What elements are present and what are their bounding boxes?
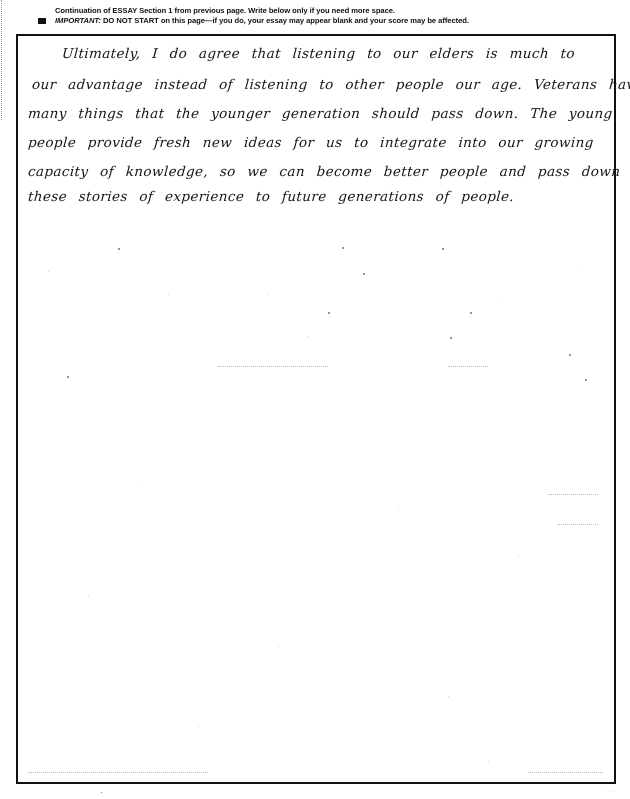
essay-line: Ultimately, I do agree that listening to… [61, 46, 575, 62]
scan-speck [569, 354, 571, 356]
faint-ruling-artifact [218, 366, 328, 367]
scan-speck [168, 294, 169, 295]
scan-speck [328, 312, 330, 314]
scan-speck [278, 646, 279, 647]
faint-ruling-artifact [28, 772, 208, 773]
scan-speck [448, 696, 449, 697]
important-label: IMPORTANT: [55, 16, 101, 25]
faint-ruling-artifact [548, 494, 598, 495]
faint-ruling-artifact [448, 366, 488, 367]
scan-speck [118, 248, 120, 250]
scan-speck [308, 336, 309, 337]
essay-response-box: Ultimately, I do agree that listening to… [16, 34, 616, 784]
scan-speck [442, 248, 444, 250]
scan-speck [67, 376, 69, 378]
handwritten-essay: Ultimately, I do agree that listening to… [18, 36, 614, 782]
scan-speck [488, 761, 489, 762]
scan-speck [48, 271, 49, 272]
essay-line: many things that the younger generation … [27, 106, 613, 122]
form-marker-block [38, 18, 46, 24]
scan-speck [585, 379, 587, 381]
essay-line: these stories of experience to future ge… [27, 189, 514, 205]
faint-ruling-artifact [558, 524, 598, 525]
scan-edge-artifact [1, 0, 2, 120]
scan-speck [138, 486, 139, 487]
scan-speck [470, 312, 472, 314]
scan-speck [518, 556, 519, 557]
scan-speck [498, 301, 499, 302]
scan-speck [268, 294, 269, 295]
footer-scan-mark: · · · [603, 789, 616, 795]
essay-line: people provide fresh new ideas for us to… [27, 135, 594, 151]
form-header: Continuation of ESSAY Section 1 from pre… [55, 6, 625, 25]
essay-line: capacity of knowledge, so we can become … [27, 164, 621, 180]
important-text: DO NOT START on this page—if you do, you… [103, 16, 469, 25]
scan-speck [450, 337, 452, 339]
essay-line: our advantage instead of listening to ot… [31, 77, 630, 93]
faint-ruling-artifact [528, 772, 603, 773]
scan-speck [578, 266, 579, 267]
scan-speck [198, 726, 199, 727]
scan-speck [363, 273, 365, 275]
scan-speck [101, 792, 102, 793]
continuation-notice: Continuation of ESSAY Section 1 from pre… [55, 6, 625, 16]
scan-speck [88, 596, 89, 597]
scan-speck [398, 506, 399, 507]
important-notice: IMPORTANT: DO NOT START on this page—if … [55, 16, 625, 26]
scan-speck [342, 247, 344, 249]
